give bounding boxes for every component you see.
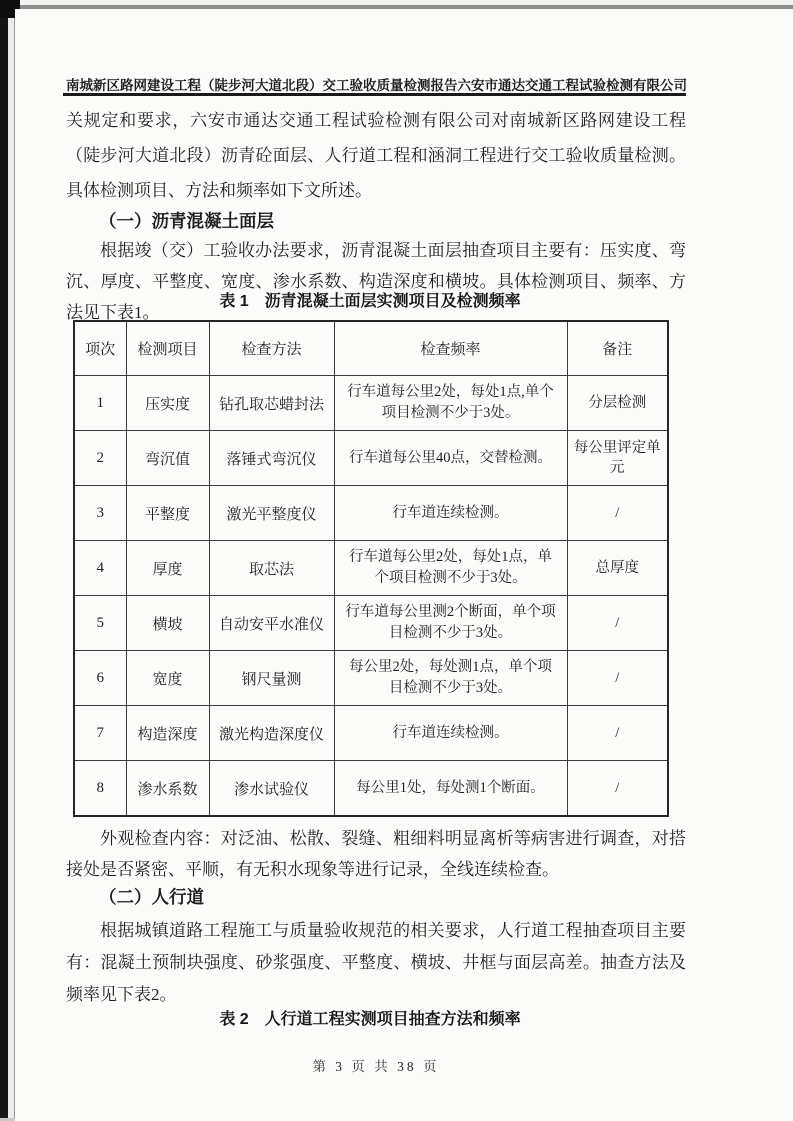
table1-cell: 5: [74, 596, 126, 651]
table1: 项次检测项目检查方法检查频率备注 1压实度钻孔取芯蜡封法行车道每公里2处，每处1…: [73, 320, 669, 817]
table1-cell: 每公里评定单元: [567, 431, 668, 486]
table1-cell: 构造深度: [126, 706, 209, 761]
table1-cell: 行车道连续检测。: [334, 706, 567, 761]
table1-row: 5横坡自动安平水准仪行车道每公里测2个断面，单个项目检测不少于3处。/: [74, 596, 668, 651]
table1-column-header: 检测项目: [126, 321, 209, 376]
table1-row: 6宽度钢尺量测每公里2处，每处测1点，单个项目检测不少于3处。/: [74, 651, 668, 706]
table1-cell: 取芯法: [209, 541, 334, 596]
table1-row: 7构造深度激光构造深度仪行车道连续检测。/: [74, 706, 668, 761]
table1-cell: 激光平整度仪: [209, 486, 334, 541]
table1-cell: 弯沉值: [126, 431, 209, 486]
table1-column-header: 备注: [567, 321, 668, 376]
table1-cell: 钢尺量测: [209, 651, 334, 706]
table1-cell: /: [567, 486, 668, 541]
table1-row: 4厚度取芯法行车道每公里2处，每处1点，单个项目检测不少于3处。总厚度: [74, 541, 668, 596]
intro-paragraph: 关规定和要求，六安市通达交通工程试验检测有限公司对南城新区路网建设工程（陡步河大…: [66, 103, 686, 208]
table1-cell: 1: [74, 376, 126, 431]
header-company-name: 六安市通达交通工程试验检测有限公司: [458, 74, 688, 94]
table1-cell: 厚度: [126, 541, 209, 596]
table1-cell: 激光构造深度仪: [209, 706, 334, 761]
table1-cell: /: [567, 761, 668, 817]
table1-cell: 6: [74, 651, 126, 706]
table1-wrapper: 项次检测项目检查方法检查频率备注 1压实度钻孔取芯蜡封法行车道每公里2处，每处1…: [73, 320, 667, 817]
table1-cell: 行车道连续检测。: [334, 486, 567, 541]
table1-cell: 渗水试验仪: [209, 761, 334, 817]
table1-column-header: 检查方法: [209, 321, 334, 376]
page-number: 第 3 页 共 38 页: [66, 1055, 686, 1075]
document-page: 南城新区路网建设工程（陡步河大道北段）交工验收质量检测报告 六安市通达交通工程试…: [15, 9, 793, 1121]
table1-cell: 自动安平水准仪: [209, 596, 334, 651]
table1-row: 8渗水系数渗水试验仪每公里1处，每处测1个断面。/: [74, 761, 668, 817]
table1-cell: 4: [74, 541, 126, 596]
table2-title: 表 2 人行道工程实测项目抽查方法和频率: [73, 1006, 667, 1029]
table1-cell: /: [567, 596, 668, 651]
table1-cell: 3: [74, 486, 126, 541]
table1-title: 表 1 沥青混凝土面层实测项目及检测频率: [73, 288, 667, 311]
table1-cell: 8: [74, 761, 126, 817]
table1-cell: 7: [74, 706, 126, 761]
section1-heading: （一）沥青混凝土面层: [99, 208, 719, 233]
table1-header-row: 项次检测项目检查方法检查频率备注: [74, 321, 668, 376]
section2-heading: （二）人行道: [99, 884, 719, 909]
header-report-title: 南城新区路网建设工程（陡步河大道北段）交工验收质量检测报告: [66, 74, 458, 94]
table1-cell: 渗水系数: [126, 761, 209, 817]
table1-cell: 行车道每公里2处，每处1点，单个项目检测不少于3处。: [334, 541, 567, 596]
scan-edge-left: [0, 0, 8, 1121]
table1-cell: 平整度: [126, 486, 209, 541]
table1-cell: 钻孔取芯蜡封法: [209, 376, 334, 431]
header-rule: [63, 93, 686, 96]
table1-cell: 每公里2处，每处测1点，单个项目检测不少于3处。: [334, 651, 567, 706]
page-header: 南城新区路网建设工程（陡步河大道北段）交工验收质量检测报告 六安市通达交通工程试…: [66, 74, 686, 94]
table1-row: 2弯沉值落锤式弯沉仪行车道每公里40点，交替检测。每公里评定单元: [74, 431, 668, 486]
table1-cell: 分层检测: [567, 376, 668, 431]
table1-cell: 宽度: [126, 651, 209, 706]
table1-cell: 行车道每公里40点，交替检测。: [334, 431, 567, 486]
table1-cell: 落锤式弯沉仪: [209, 431, 334, 486]
table1-cell: /: [567, 651, 668, 706]
section2-paragraph: 根据城镇道路工程施工与质量验收规范的相关要求，人行道工程抽查项目主要有：混凝土预…: [66, 915, 686, 1011]
post-table-paragraph: 外观检查内容：对泛油、松散、裂缝、粗细料明显离析等病害进行调查，对搭接处是否紧密…: [66, 823, 686, 885]
table1-cell: 2: [74, 431, 126, 486]
scanned-report-page: { "header": { "left_title": "南城新区路网建设工程（…: [0, 0, 793, 1121]
table1-cell: 每公里1处，每处测1个断面。: [334, 761, 567, 817]
table1-cell: 行车道每公里测2个断面，单个项目检测不少于3处。: [334, 596, 567, 651]
table1-cell: 横坡: [126, 596, 209, 651]
table1-row: 3平整度激光平整度仪行车道连续检测。/: [74, 486, 668, 541]
table1-column-header: 项次: [74, 321, 126, 376]
table1-cell: 行车道每公里2处，每处1点,单个项目检测不少于3处。: [334, 376, 567, 431]
section1-paragraph: 根据竣（交）工验收办法要求，沥青混凝土面层抽查项目主要有：压实度、弯沉、厚度、平…: [66, 235, 686, 328]
table1-cell: /: [567, 706, 668, 761]
table1-column-header: 检查频率: [334, 321, 567, 376]
table1-cell: 总厚度: [567, 541, 668, 596]
table1-row: 1压实度钻孔取芯蜡封法行车道每公里2处，每处1点,单个项目检测不少于3处。分层检…: [74, 376, 668, 431]
table1-cell: 压实度: [126, 376, 209, 431]
